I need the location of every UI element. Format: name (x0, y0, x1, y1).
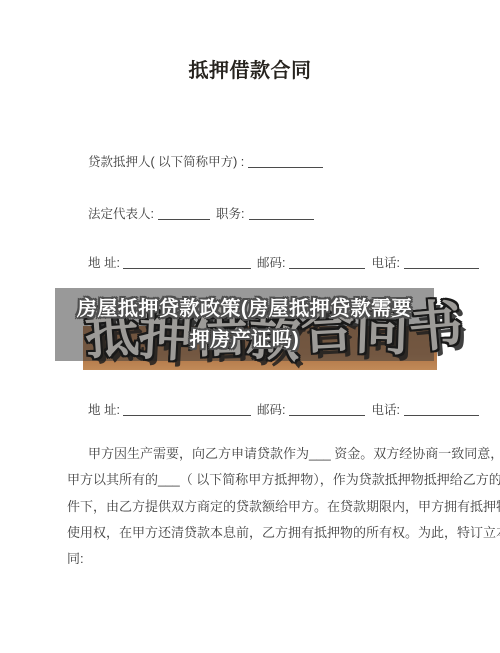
phone-blank-line (404, 256, 479, 269)
address-label: 地 址: (88, 256, 120, 270)
phone-label: 电话: (371, 256, 399, 270)
form-row-address-1: 地 址:邮码:电话: (88, 253, 479, 271)
body-line: 使用权，在甲方还清贷款本息前，乙方拥有抵押物的所有权。为此，特订立本合 (67, 520, 447, 546)
contract-body-paragraph: 甲方因生产需要，向乙方申请贷款作为___ 资金。双方经协商一致同意，在 甲方以其… (67, 441, 447, 572)
form-row-legal-rep: 法定代表人:职务: (88, 204, 314, 222)
legal-rep-blank-line (158, 207, 210, 220)
address-label: 地 址: (88, 403, 120, 417)
body-line: 同: (67, 546, 447, 572)
legal-rep-label: 法定代表人: (88, 207, 154, 221)
body-line: 件下，由乙方提供双方商定的贷款额给甲方。在贷款期限内，甲方拥有抵押物的 (67, 494, 447, 520)
postcode-label: 邮码: (257, 256, 285, 270)
contract-document-page: 抵押借款合同 贷款抵押人( 以下简称甲方) : 法定代表人:职务: 地 址:邮码… (0, 0, 500, 653)
banner-headline: 房屋抵押贷款政策(房屋抵押贷款需要 押房产证吗) (55, 294, 434, 356)
form-row-address-2: 地 址:邮码:电话: (88, 400, 479, 418)
position-blank-line (249, 207, 314, 220)
banner-headline-line1: 房屋抵押贷款政策(房屋抵押贷款需要 (55, 294, 434, 325)
body-line: 甲方因生产需要，向乙方申请贷款作为___ 资金。双方经协商一致同意，在 (67, 441, 447, 467)
banner-headline-line2: 押房产证吗) (55, 325, 434, 356)
postcode-label: 邮码: (257, 403, 285, 417)
phone-label: 电话: (371, 403, 399, 417)
address-blank-line (123, 256, 251, 269)
address-blank-line (123, 403, 251, 416)
postcode-blank-line (289, 256, 365, 269)
postcode-blank-line (289, 403, 365, 416)
body-line: 甲方以其所有的___（ 以下简称甲方抵押物），作为贷款抵押物抵押给乙方的条 (67, 467, 447, 493)
form-row-mortgagor: 贷款抵押人( 以下简称甲方) : (88, 152, 323, 170)
mortgagor-blank-line (248, 155, 323, 168)
document-title: 抵押借款合同 (0, 54, 500, 83)
mortgagor-label: 贷款抵押人( 以下简称甲方) : (88, 155, 244, 169)
position-label: 职务: (216, 207, 244, 221)
phone-blank-line (404, 403, 479, 416)
